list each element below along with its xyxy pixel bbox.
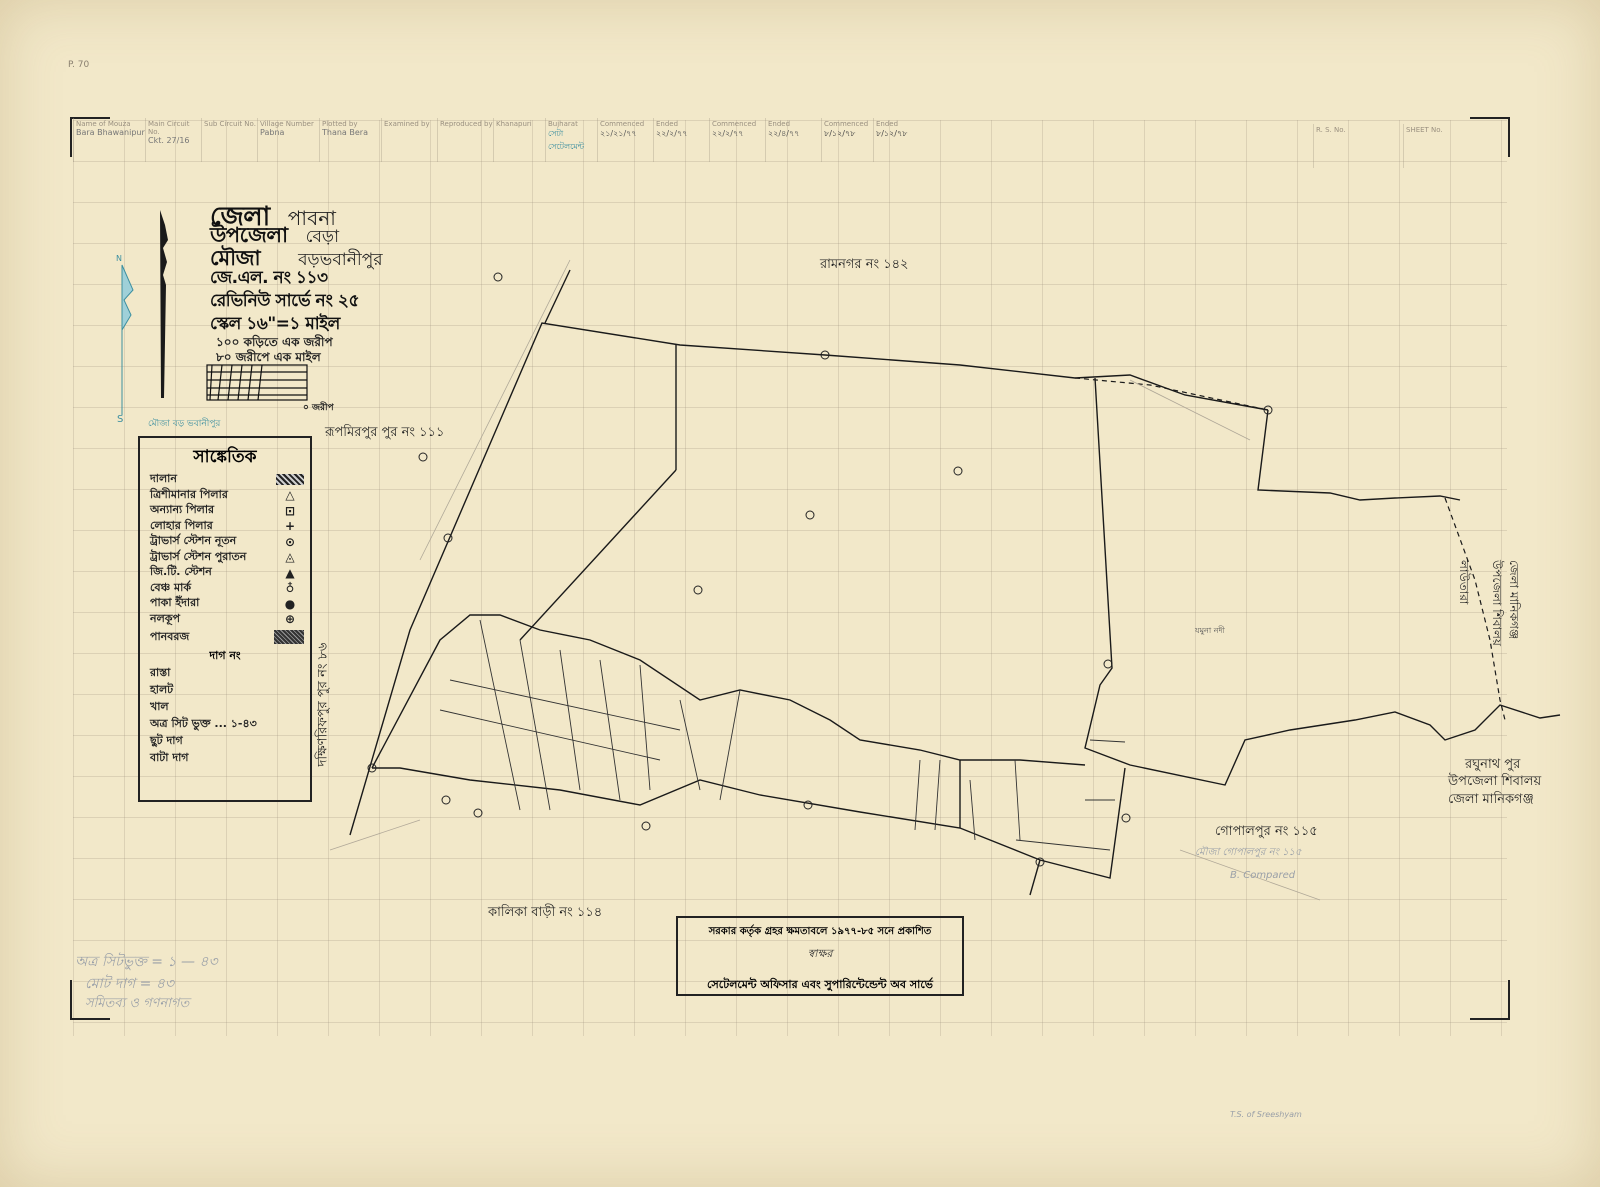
dag-heading: দাগ নং [140, 647, 310, 664]
building-hatch-icon [276, 474, 304, 485]
pencil-note: B. Compared [1230, 870, 1295, 881]
legend-item: নলকূপ⊕ [140, 612, 310, 628]
old-traverse-station-icon: ◬ [276, 550, 304, 564]
pencil-note: মোট দাগ = ৪৩ [85, 972, 174, 996]
legend-line-item: ছুট দাগ [140, 732, 310, 749]
signature: স্বাক্ষর [678, 945, 962, 964]
legend-box: সাঙ্কেতিক দালান ত্রিশীমানার পিলার△ অন্যা… [138, 436, 312, 802]
certificate-line-1: সরকার কর্তৃক গ্রহর ক্ষমতাবলে ১৯৭৭-৮৫ সনে… [678, 924, 962, 941]
other-pillar-icon: ⊡ [276, 504, 304, 518]
tri-junction-pillar-icon: △ [276, 488, 304, 502]
chain-note-1: ১০০ কড়িতে এক জরীপ [216, 334, 383, 349]
gt-station-icon: ▲ [276, 566, 304, 580]
chain-note-2: ৮০ জরীপে এক মাইল [216, 349, 383, 364]
neighbour-west-vertical: দক্ষিণরিফপুর পুর নং ৮৬ [313, 643, 334, 767]
neighbour-west: রূপমিরপুর পুর নং ১১১ [325, 423, 444, 444]
north-label: N [116, 254, 122, 263]
neighbour-south: কালিকা বাড়ী নং ১১৪ [488, 903, 602, 924]
neighbour-south-east: গোপালপুর নং ১১৫ [1215, 822, 1318, 843]
cadastral-map-sheet: P. 70 Name of MouzaBara Bhawanipur Main … [0, 0, 1600, 1187]
neighbour-north: রামনগর নং ১৪২ [820, 255, 909, 276]
south-label: S [117, 414, 123, 425]
pencil-note: T.S. of Sreeshyam [1230, 1110, 1302, 1119]
iron-pillar-icon: + [276, 519, 304, 533]
pencil-note: অত্র সিটভুক্ত = ১ — ৪৩ [75, 950, 218, 974]
neighbour-east-vertical-3: জেলা মানিকগঞ্জ [1502, 560, 1522, 639]
pencil-note: মৌজা গোপালপুর নং ১১৫ [1195, 845, 1302, 862]
legend-title: সাঙ্কেতিক [140, 444, 310, 472]
river-label: যমুনা নদী [1195, 625, 1225, 638]
legend-item: পানবরজ [140, 627, 310, 647]
certificate-line-2: সেটেলমেন্ট অফিসার এবং সুপারিন্টেন্ডেন্ট … [678, 976, 962, 995]
betel-garden-hatch-icon [274, 630, 304, 644]
south-note: মৌজা বড় ভবানীপুর [148, 416, 220, 431]
certificate-box: সরকার কর্তৃক গ্রহর ক্ষমতাবলে ১৯৭৭-৮৫ সনে… [676, 916, 964, 996]
pucca-well-icon: ● [276, 597, 304, 611]
new-traverse-station-icon: ⊙ [276, 535, 304, 549]
bench-mark-icon: ♁ [276, 581, 304, 595]
legend-line-item: খাল [140, 698, 310, 715]
scale-bar-end-label: ০ জরীপ [303, 400, 334, 415]
legend-line-item: রাস্তা [140, 664, 310, 681]
pencil-note: সমিতব্য ও গণনাগত [85, 994, 189, 1015]
legend-line-item: হালট [140, 681, 310, 698]
neighbour-east-vertical-1: লাউতারা [1452, 560, 1472, 604]
legend-line-item: বাটা দাগ [140, 749, 310, 766]
title-block: জেলাপাবনা উপজেলাবেড়া মৌজাবড়ভবানীপুর জে… [210, 196, 383, 364]
legend-line-item: অত্র সিট ভুক্ত ... ১-৪৩ [140, 715, 310, 732]
tubewell-icon: ⊕ [276, 612, 304, 626]
neighbour-east-line3: জেলা মানিকগঞ্জ [1448, 790, 1534, 811]
